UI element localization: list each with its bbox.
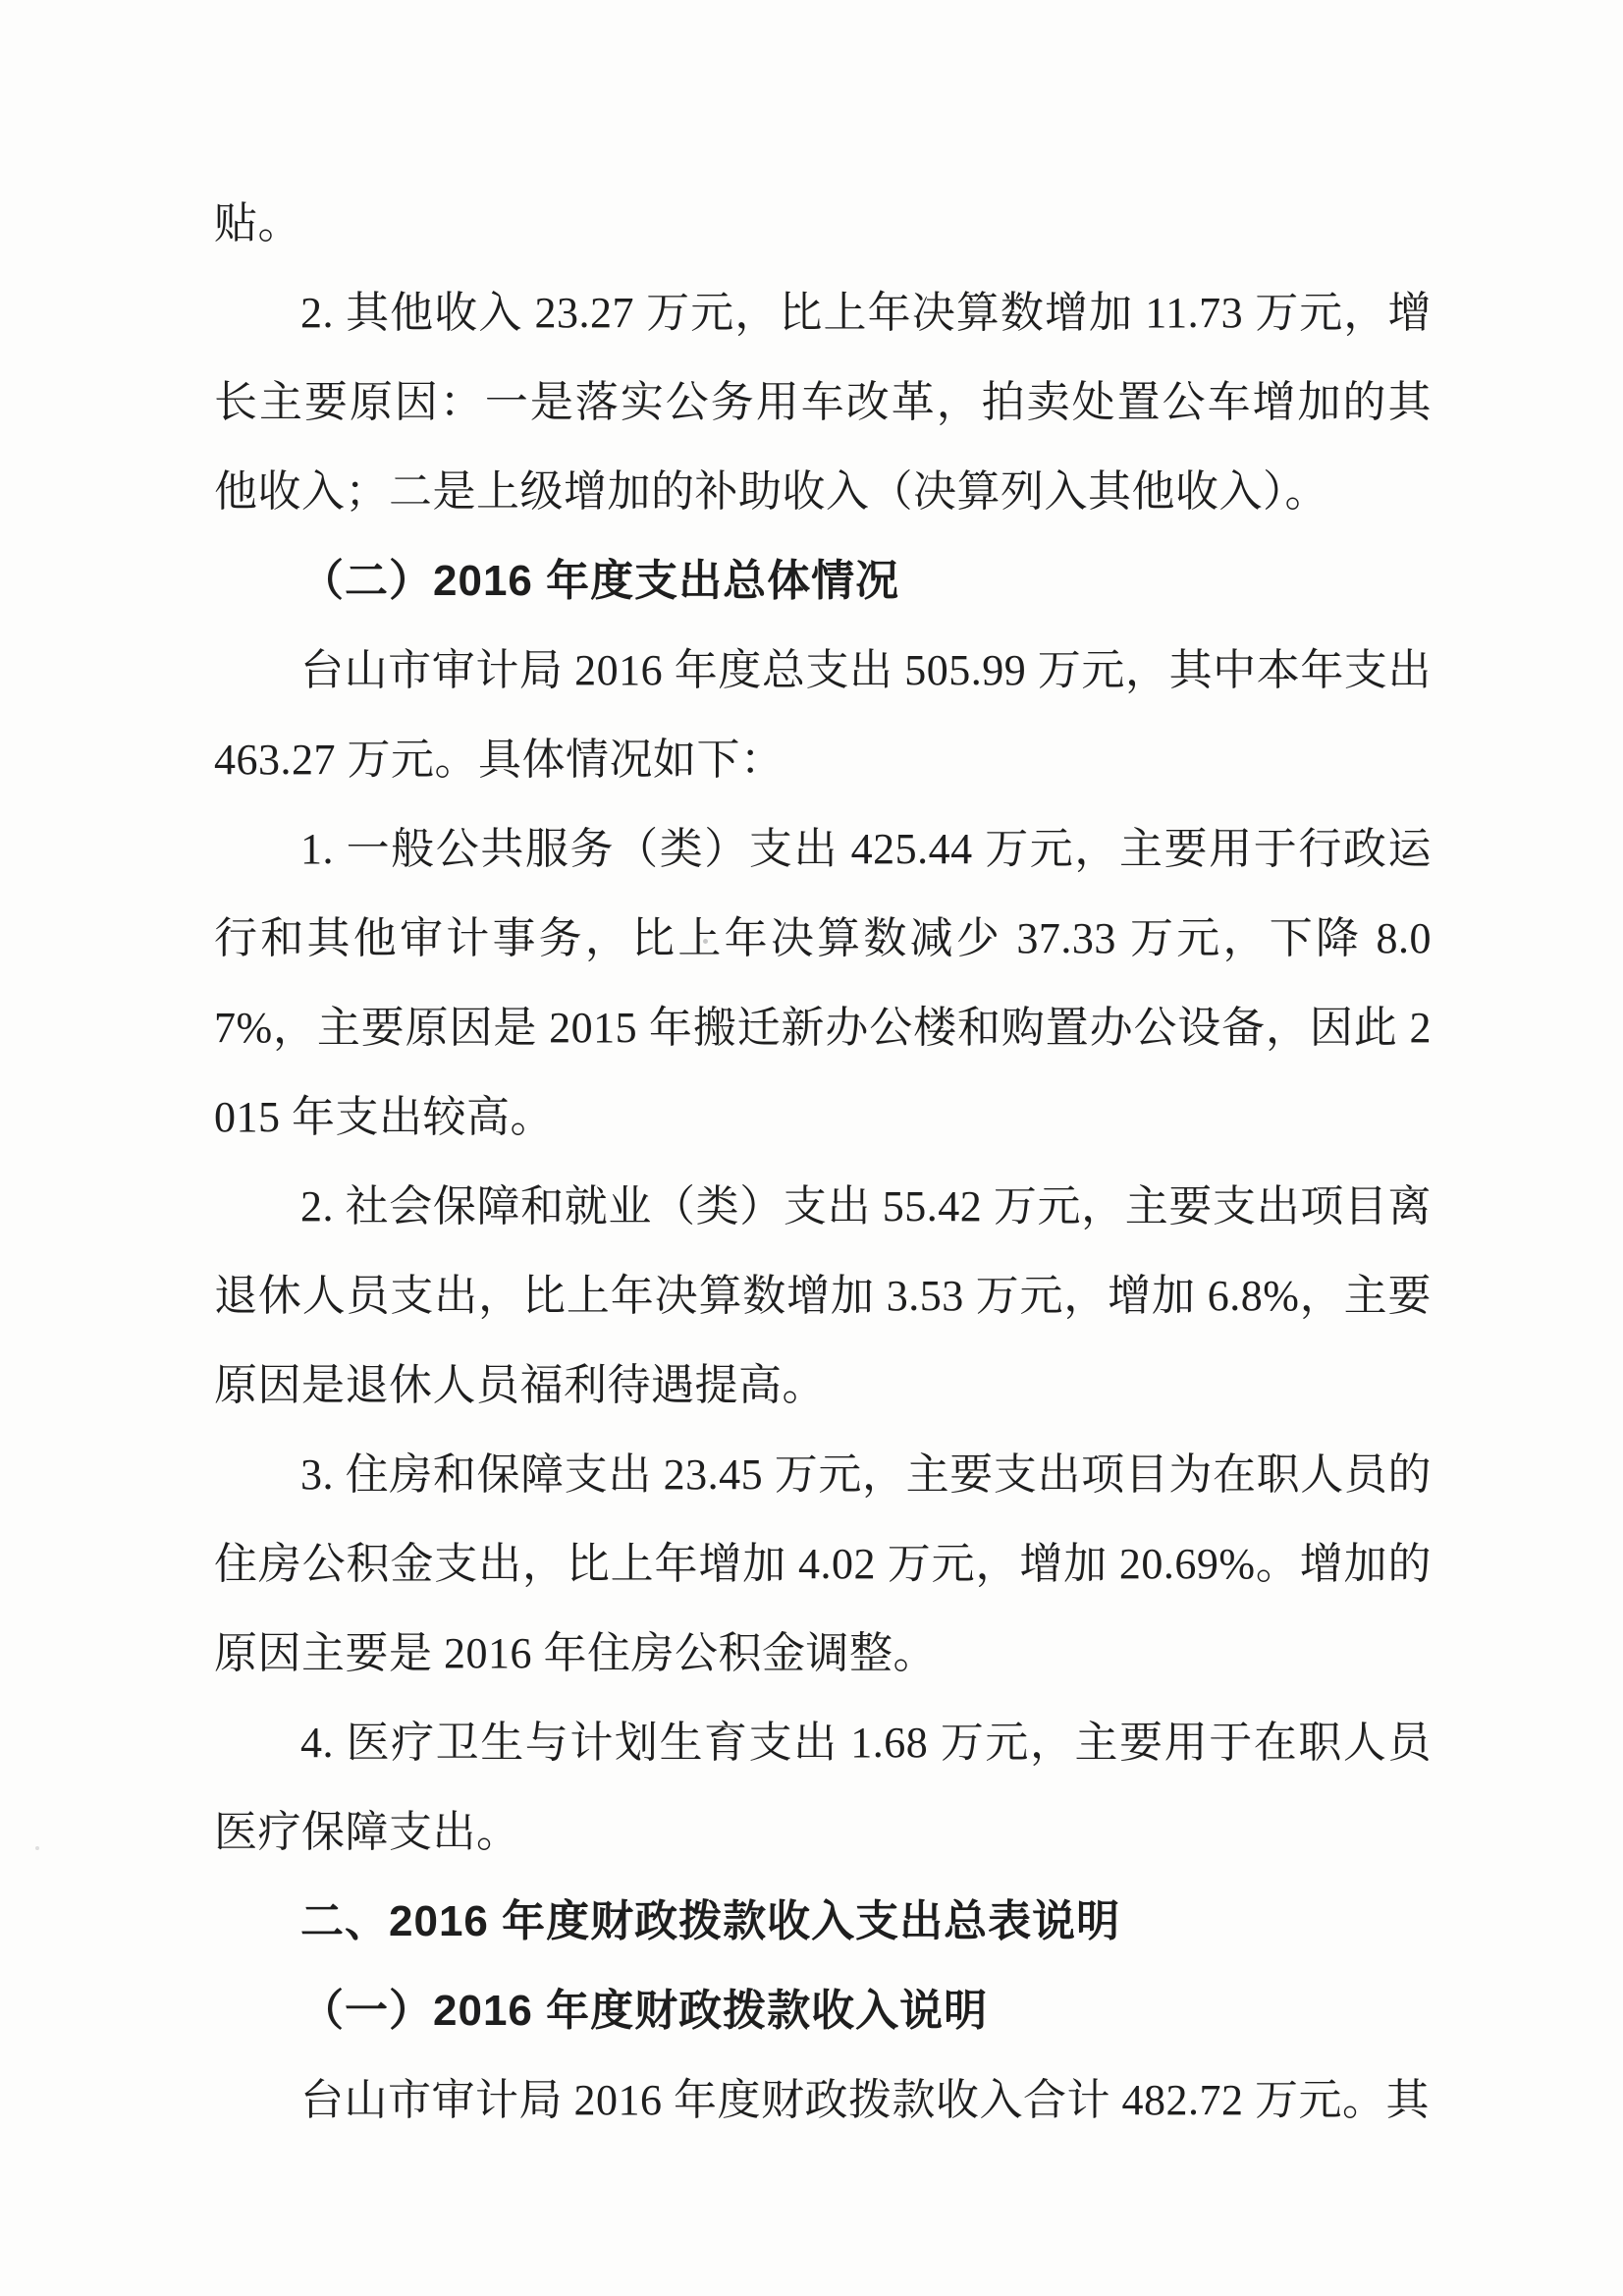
scan-speck (703, 939, 708, 944)
document-page: 贴。 2. 其他收入 23.27 万元，比上年决算数增加 11.73 万元，增长… (0, 0, 1623, 2296)
heading-2016-expenditure-overview: （二）2016 年度支出总体情况 (214, 536, 1432, 626)
paragraph-medical-health: 4. 医疗卫生与计划生育支出 1.68 万元，主要用于在职人员医疗保障支出。 (214, 1698, 1432, 1877)
document-body: 贴。 2. 其他收入 23.27 万元，比上年决算数增加 11.73 万元，增长… (214, 179, 1432, 2145)
heading-fiscal-appropriation-summary: 二、2016 年度财政拨款收入支出总表说明 (214, 1877, 1432, 1966)
scan-speck (35, 1846, 39, 1850)
paragraph-housing-support: 3. 住房和保障支出 23.45 万元，主要支出项目为在职人员的住房公积金支出，… (214, 1430, 1432, 1698)
paragraph-general-public-service: 1. 一般公共服务（类）支出 425.44 万元，主要用于行政运行和其他审计事务… (214, 804, 1432, 1162)
heading-fiscal-appropriation-income: （一）2016 年度财政拨款收入说明 (214, 1966, 1432, 2055)
paragraph-continuation: 贴。 (214, 179, 1432, 268)
paragraph-other-income: 2. 其他收入 23.27 万元，比上年决算数增加 11.73 万元，增长主要原… (214, 268, 1432, 536)
paragraph-appropriation-income-total: 台山市审计局 2016 年度财政拨款收入合计 482.72 万元。其 (214, 2055, 1432, 2145)
paragraph-social-security-employment: 2. 社会保障和就业（类）支出 55.42 万元，主要支出项目离退休人员支出，比… (214, 1162, 1432, 1430)
paragraph-total-expenditure: 台山市审计局 2016 年度总支出 505.99 万元，其中本年支出 463.2… (214, 626, 1432, 804)
